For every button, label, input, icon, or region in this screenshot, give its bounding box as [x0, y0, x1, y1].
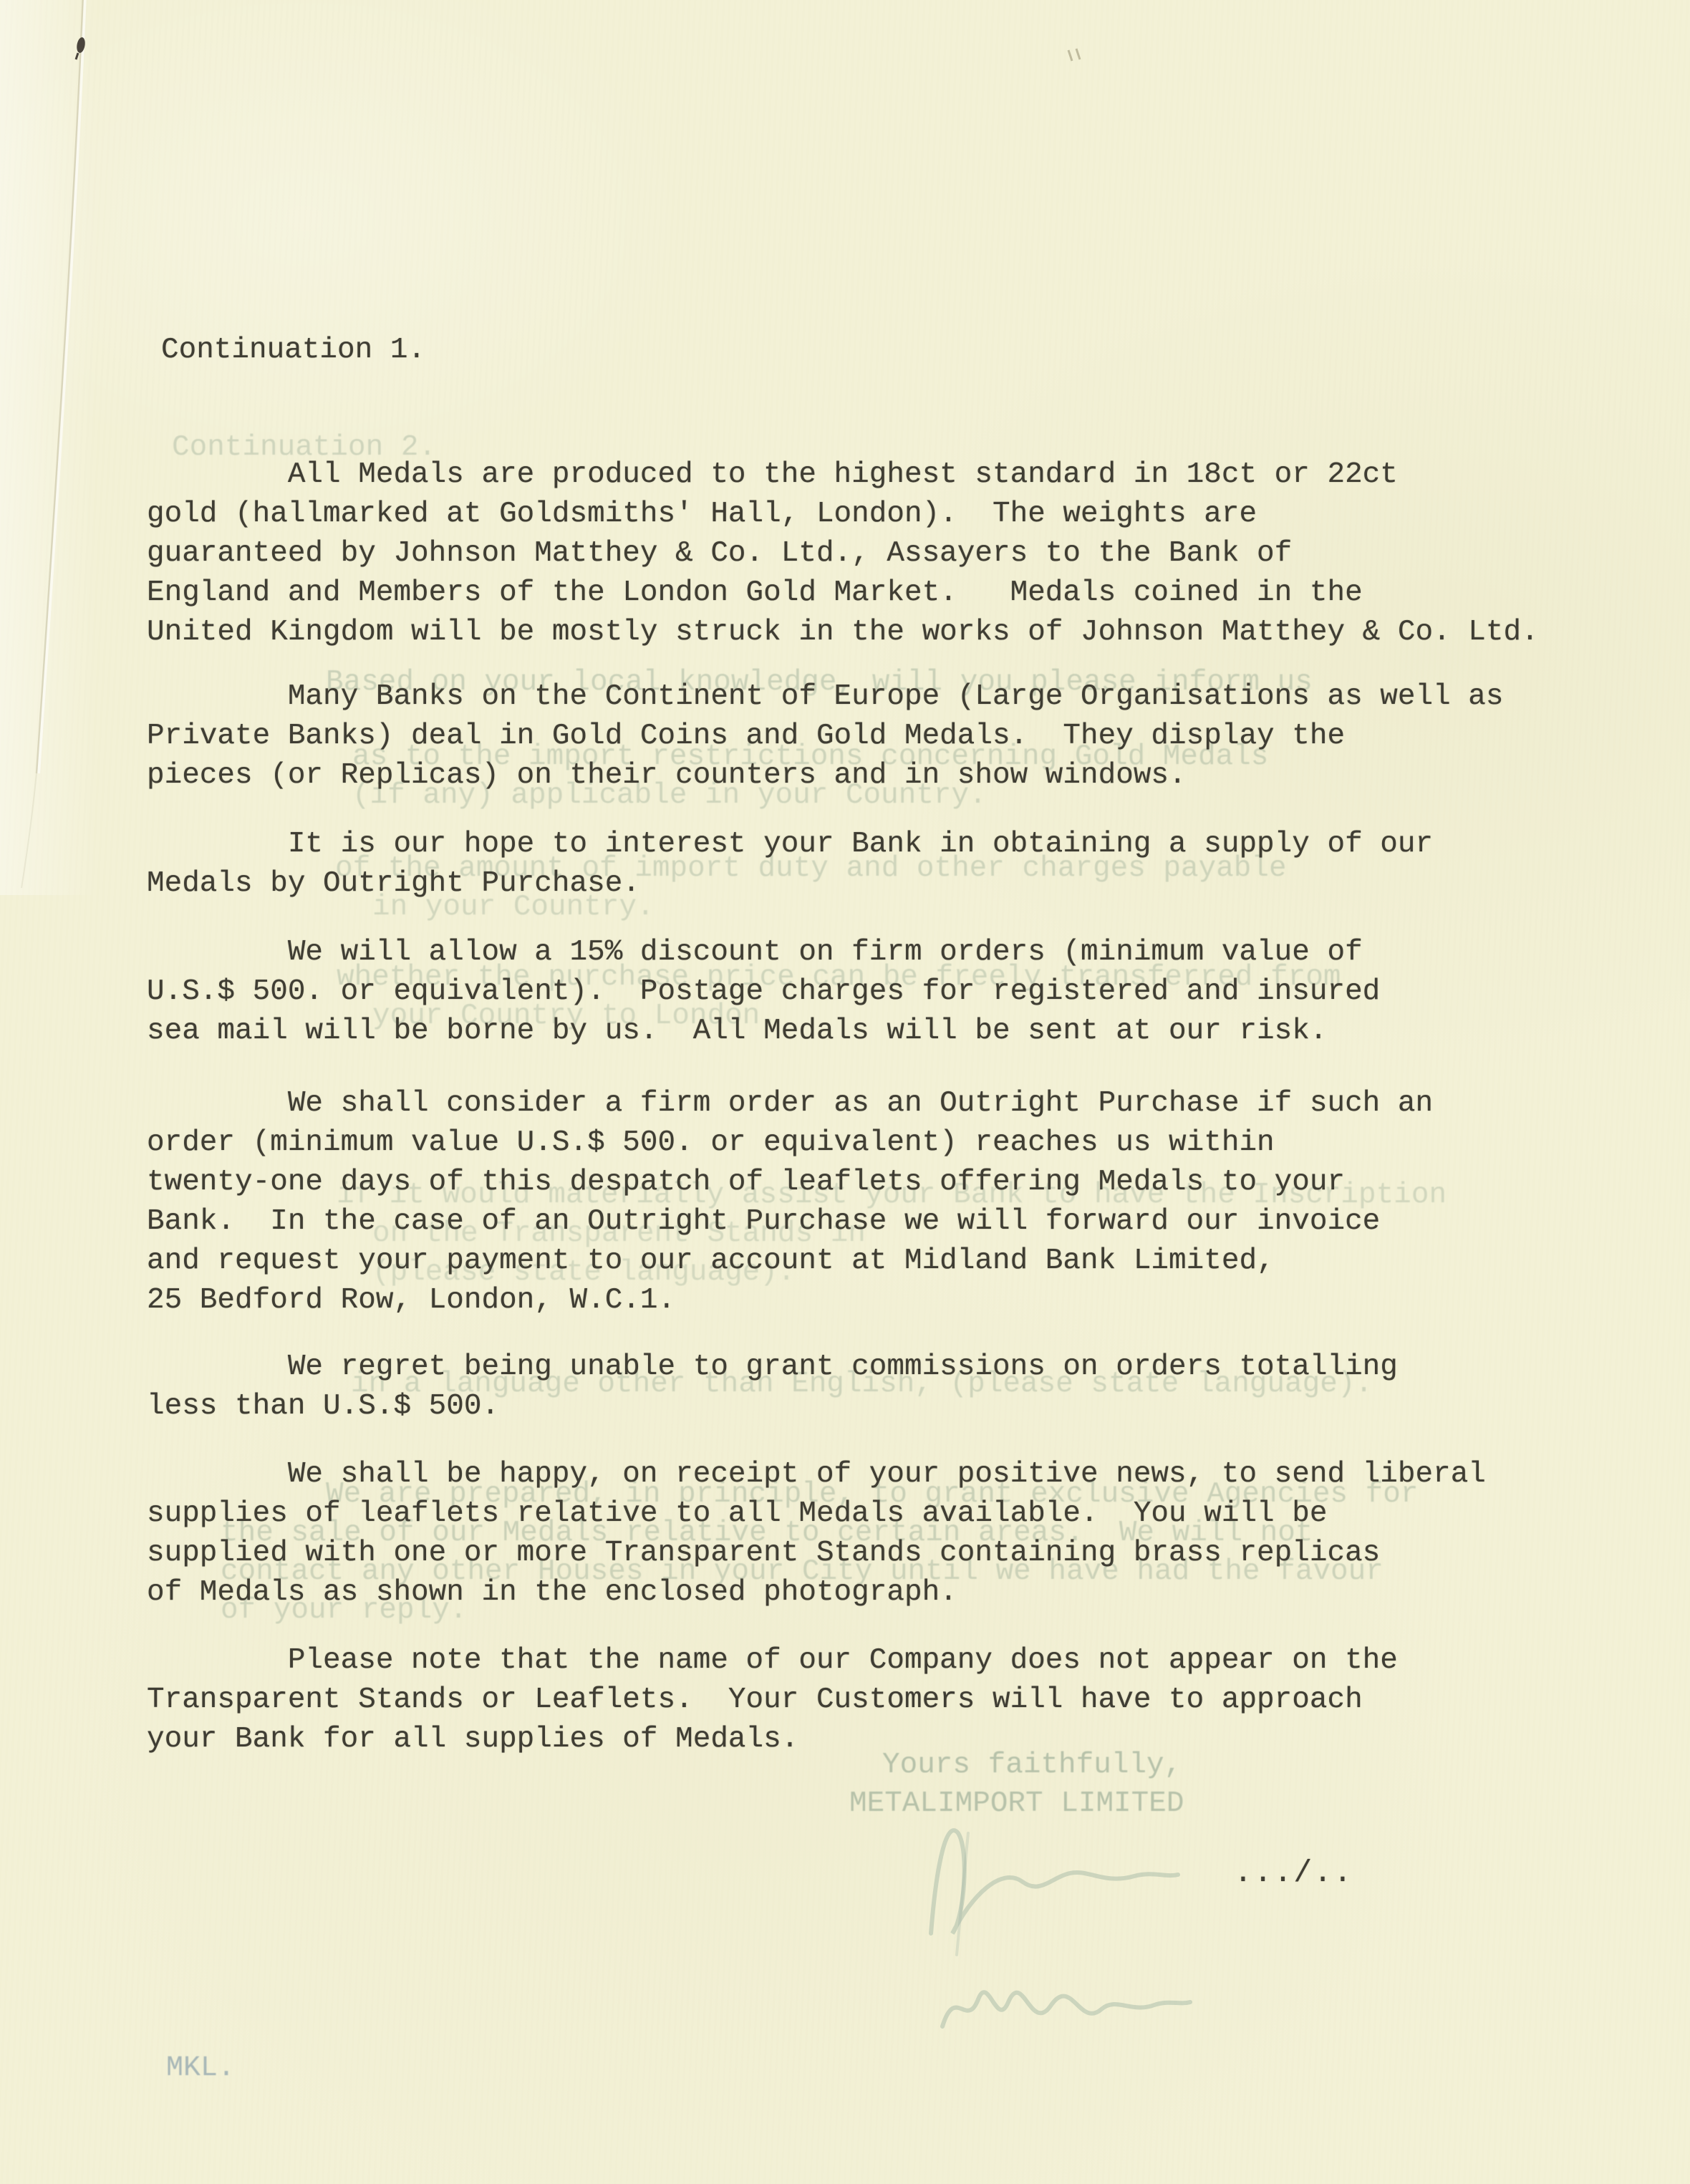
ghost-text-line: METALIMPORT LIMITED	[849, 1784, 1184, 1824]
paragraph-line: twenty-one days of this despatch of leaf…	[147, 1163, 1433, 1202]
crease-highlight-line	[39, 0, 85, 773]
paragraph-line: order (minimum value U.S.$ 500. or equiv…	[147, 1124, 1433, 1163]
reference-initials: MKL.	[166, 2052, 235, 2084]
paragraph-line: We shall be happy, on receipt of your po…	[147, 1455, 1486, 1494]
paragraph-line: All Medals are produced to the highest s…	[147, 455, 1539, 495]
paragraph-line: and request your payment to our account …	[147, 1242, 1433, 1281]
crease-shadow-line	[37, 0, 83, 773]
paragraph: It is our hope to interest your Bank in …	[147, 825, 1433, 904]
paper-crease-shading	[0, 0, 97, 895]
paragraph-line: England and Members of the London Gold M…	[147, 574, 1539, 613]
paragraph-line: supplies of leaflets relative to all Med…	[147, 1494, 1486, 1534]
paragraph-line: Many Banks on the Continent of Europe (L…	[147, 677, 1504, 717]
crease-fadeout-line	[21, 773, 37, 888]
paragraph-line: United Kingdom will be mostly struck in …	[147, 613, 1539, 652]
paragraph-line: your Bank for all supplies of Medals.	[147, 1720, 1398, 1759]
pencil-tick-mark	[1068, 49, 1080, 61]
paragraph-line: pieces (or Replicas) on their counters a…	[147, 756, 1504, 796]
page-title: Continuation 1.	[161, 331, 425, 370]
paragraph-line: guaranteed by Johnson Matthey & Co. Ltd.…	[147, 534, 1539, 574]
paragraph-line: sea mail will be borne by us. All Medals…	[147, 1012, 1380, 1051]
paragraph-line: gold (hallmarked at Goldsmiths' Hall, Lo…	[147, 495, 1539, 534]
paragraph-line: less than U.S.$ 500.	[147, 1387, 1398, 1426]
paragraph-line: We will allow a 15% discount on firm ord…	[147, 933, 1380, 972]
letter-page: Continuation 2.Based on your local knowl…	[0, 0, 1690, 2184]
paragraph-line: It is our hope to interest your Bank in …	[147, 825, 1433, 864]
paragraph-line: Please note that the name of our Company…	[147, 1641, 1398, 1681]
paragraph: We regret being unable to grant commissi…	[147, 1348, 1398, 1426]
paragraph-line: Medals by Outright Purchase.	[147, 864, 1433, 904]
continuation-mark: .../..	[1234, 1853, 1353, 1893]
paragraph-line: Bank. In the case of an Outright Purchas…	[147, 1202, 1433, 1242]
paragraph-line: supplied with one or more Transparent St…	[147, 1534, 1486, 1573]
paragraph-line: 25 Bedford Row, London, W.C.1.	[147, 1281, 1433, 1320]
paragraph-line: Private Banks) deal in Gold Coins and Go…	[147, 717, 1504, 756]
ghost-signature-squiggle	[931, 1830, 1190, 2026]
paragraph: Please note that the name of our Company…	[147, 1641, 1398, 1759]
paragraph: We will allow a 15% discount on firm ord…	[147, 933, 1380, 1051]
paragraph: All Medals are produced to the highest s…	[147, 455, 1539, 652]
paragraph: We shall be happy, on receipt of your po…	[147, 1455, 1486, 1613]
paragraph-line: of Medals as shown in the enclosed photo…	[147, 1573, 1486, 1613]
paragraph: We shall consider a firm order as an Out…	[147, 1084, 1433, 1320]
paragraph-line: U.S.$ 500. or equivalent). Postage charg…	[147, 972, 1380, 1012]
paragraph-line: We regret being unable to grant commissi…	[147, 1348, 1398, 1387]
paragraph-line: Transparent Stands or Leaflets. Your Cus…	[147, 1681, 1398, 1720]
staple-hole-mark	[76, 37, 87, 59]
paragraph: Many Banks on the Continent of Europe (L…	[147, 677, 1504, 796]
paragraph-line: We shall consider a firm order as an Out…	[147, 1084, 1433, 1124]
